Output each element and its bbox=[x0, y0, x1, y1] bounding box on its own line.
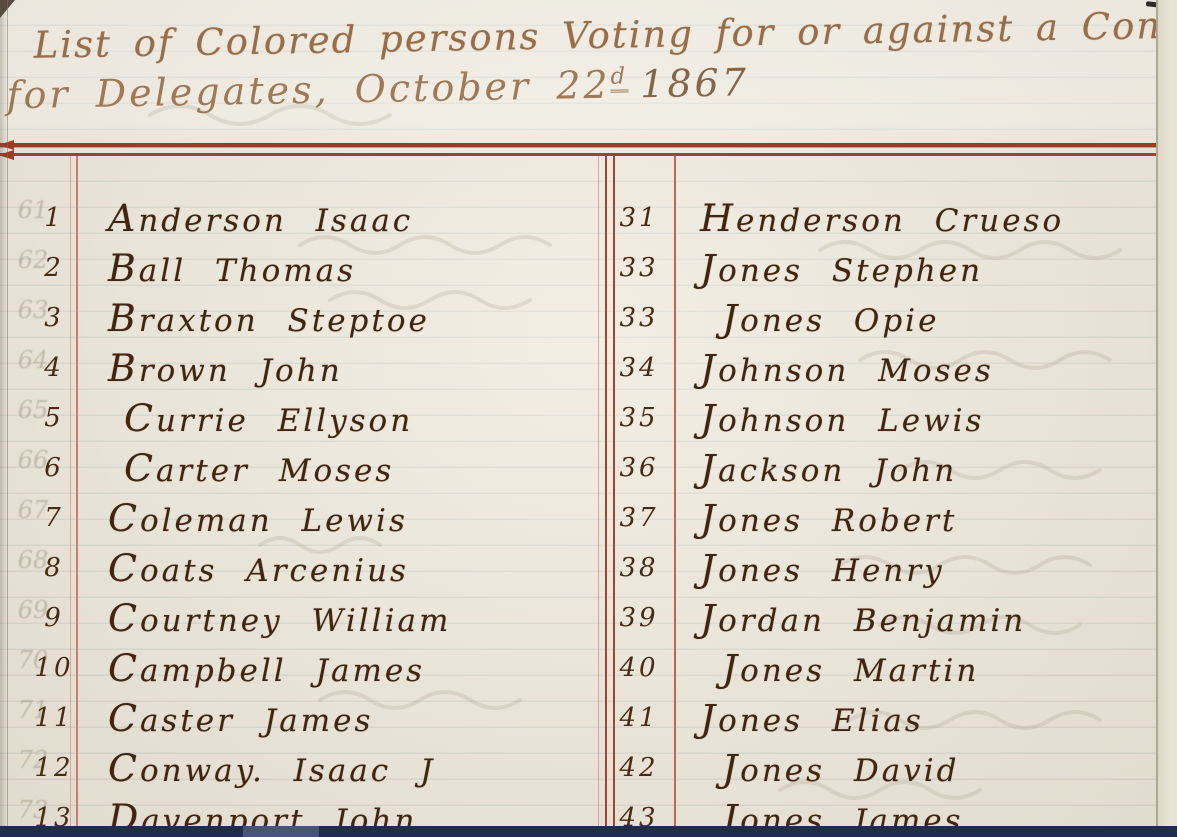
title-line-2-text: for Delegates, October 22 bbox=[6, 63, 611, 118]
list-item: 9Courtney William bbox=[30, 593, 590, 643]
voter-name: Johnson Moses bbox=[670, 346, 994, 390]
row-number: 42 bbox=[608, 753, 670, 783]
voter-name: Coats Arcenius bbox=[78, 546, 409, 590]
center-divider-faint-rule bbox=[598, 156, 599, 826]
list-item: 1Anderson Isaac bbox=[30, 193, 590, 243]
list-item: 12Conway. Isaac J bbox=[30, 743, 590, 793]
list-item: 6Carter Moses bbox=[30, 443, 590, 493]
row-number: 39 bbox=[608, 603, 670, 633]
row-number: 7 bbox=[30, 503, 78, 533]
row-number: 3 bbox=[30, 303, 78, 333]
list-item: 40Jones Martin bbox=[608, 643, 1168, 693]
voter-list-right-column: 31Henderson Crueso 33Jones Stephen 33Jon… bbox=[608, 193, 1168, 837]
voter-name: Jones Martin bbox=[670, 646, 979, 690]
voter-name: Carter Moses bbox=[78, 446, 394, 490]
voter-list-left-column: 1Anderson Isaac 2Ball Thomas 3Braxton St… bbox=[30, 193, 590, 837]
row-number: 35 bbox=[608, 403, 670, 433]
document-title: List of Colored persons Voting for or ag… bbox=[33, 4, 1154, 117]
row-number: 36 bbox=[608, 453, 670, 483]
voter-name: Jones Opie bbox=[670, 296, 939, 340]
list-item: 3Braxton Steptoe bbox=[30, 293, 590, 343]
row-number: 8 bbox=[30, 553, 78, 583]
voter-name: Braxton Steptoe bbox=[78, 296, 430, 340]
voter-name: Conway. Isaac J bbox=[78, 746, 435, 790]
voter-name: Campbell James bbox=[78, 646, 425, 690]
list-item: 38Jones Henry bbox=[608, 543, 1168, 593]
list-item: 42Jones David bbox=[608, 743, 1168, 793]
list-item: 36Jackson John bbox=[608, 443, 1168, 493]
row-number: 12 bbox=[30, 753, 78, 783]
voter-name: Jones Henry bbox=[670, 546, 945, 590]
voter-name: Ball Thomas bbox=[78, 246, 356, 290]
list-item: 33Jones Opie bbox=[608, 293, 1168, 343]
voter-name: Coleman Lewis bbox=[78, 496, 408, 540]
list-item: 35Johnson Lewis bbox=[608, 393, 1168, 443]
voter-name: Courtney William bbox=[78, 596, 451, 640]
list-item: 33Jones Stephen bbox=[608, 243, 1168, 293]
page-right-edge bbox=[1156, 0, 1177, 826]
row-number: 33 bbox=[608, 253, 670, 283]
row-number: 34 bbox=[608, 353, 670, 383]
voter-name: Henderson Crueso bbox=[670, 196, 1064, 240]
title-year: 1867 bbox=[640, 60, 749, 106]
row-number: 2 bbox=[30, 253, 78, 283]
red-head-rule-bottom bbox=[0, 153, 1160, 156]
voter-name: Jones Robert bbox=[670, 496, 957, 540]
voter-name: Jackson John bbox=[670, 446, 957, 490]
row-number: 9 bbox=[30, 603, 78, 633]
row-number: 1 bbox=[30, 203, 78, 233]
row-number: 31 bbox=[608, 203, 670, 233]
list-item: 34Johnson Moses bbox=[608, 343, 1168, 393]
horizontal-scrollbar[interactable] bbox=[0, 826, 1177, 837]
list-item: 39Jordan Benjamin bbox=[608, 593, 1168, 643]
red-head-rule-top bbox=[0, 143, 1160, 147]
list-item: 37Jones Robert bbox=[608, 493, 1168, 543]
scrollbar-thumb[interactable] bbox=[243, 826, 319, 837]
voter-name: Jones Stephen bbox=[670, 246, 983, 290]
row-number: 40 bbox=[608, 653, 670, 683]
list-item: 10Campbell James bbox=[30, 643, 590, 693]
title-superscript: d bbox=[610, 64, 628, 93]
voter-name: Anderson Isaac bbox=[78, 196, 413, 240]
voter-name: Currie Ellyson bbox=[78, 396, 413, 440]
voter-name: Caster James bbox=[78, 696, 373, 740]
list-item: 41Jones Elias bbox=[608, 693, 1168, 743]
row-number: 33 bbox=[608, 303, 670, 333]
row-number: 11 bbox=[30, 703, 78, 733]
list-item: 2Ball Thomas bbox=[30, 243, 590, 293]
page-left-edge bbox=[0, 0, 8, 826]
row-number: 38 bbox=[608, 553, 670, 583]
list-item: 4Brown John bbox=[30, 343, 590, 393]
voter-name: Jones Elias bbox=[670, 696, 924, 740]
row-number: 6 bbox=[30, 453, 78, 483]
center-divider-rule-1 bbox=[605, 156, 607, 826]
row-number: 37 bbox=[608, 503, 670, 533]
voter-name: Brown John bbox=[78, 346, 343, 390]
row-number: 5 bbox=[30, 403, 78, 433]
list-item: 5Currie Ellyson bbox=[30, 393, 590, 443]
list-item: 8Coats Arcenius bbox=[30, 543, 590, 593]
row-number: 10 bbox=[30, 653, 78, 683]
list-item: 31Henderson Crueso bbox=[608, 193, 1168, 243]
voter-name: Jones David bbox=[670, 746, 960, 790]
voter-name: Johnson Lewis bbox=[670, 396, 984, 440]
row-number: 4 bbox=[30, 353, 78, 383]
list-item: 7Coleman Lewis bbox=[30, 493, 590, 543]
list-item: 11Caster James bbox=[30, 693, 590, 743]
row-number: 41 bbox=[608, 703, 670, 733]
manuscript-page: List of Colored persons Voting for or ag… bbox=[0, 0, 1177, 837]
voter-name: Jordan Benjamin bbox=[670, 596, 1026, 640]
